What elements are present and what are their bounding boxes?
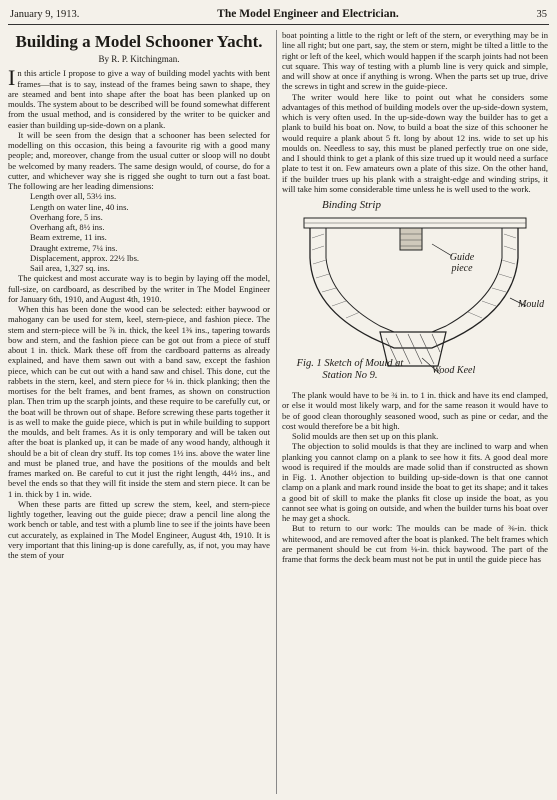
paragraph: The plank would have to be ¾ in. to 1 in… — [282, 390, 548, 431]
dimension-item: Length over all, 53½ ins. — [30, 191, 270, 201]
paragraph: When these parts are fitted up screw the… — [8, 499, 270, 561]
dimensions-list: Length over all, 53½ ins. Length on wate… — [30, 191, 270, 273]
dimension-item: Overhang aft, 8½ ins. — [30, 222, 270, 232]
dimension-item: Length on water line, 40 ins. — [30, 202, 270, 212]
paragraph: The writer would here like to point out … — [282, 92, 548, 195]
label-guide-piece: Guide piece — [444, 252, 480, 274]
paragraph: Solid moulds are then set up on this pla… — [282, 431, 548, 441]
paragraph: The quickest and most accurate way is to… — [8, 273, 270, 304]
dimension-item: Displacement, approx. 22½ lbs. — [30, 253, 270, 263]
dimension-item: Sail area, 1,327 sq. ins. — [30, 263, 270, 273]
paragraph: In this article I propose to give a way … — [8, 68, 270, 130]
page-header: January 9, 1913. The Model Engineer and … — [10, 6, 547, 22]
article-title: Building a Model Schooner Yacht. — [8, 32, 270, 51]
paragraph: But to return to our work: The moulds ca… — [282, 523, 548, 564]
label-wood-keel: Wood Keel — [432, 366, 475, 376]
right-column: boat pointing a little to the right or l… — [282, 30, 548, 564]
header-journal: The Model Engineer and Electrician. — [217, 8, 399, 20]
column-divider — [276, 30, 277, 794]
header-date: January 9, 1913. — [10, 9, 79, 20]
paragraph: boat pointing a little to the right or l… — [282, 30, 548, 92]
paragraph: The objection to solid moulds is that th… — [282, 441, 548, 523]
label-mould: Mould — [518, 300, 544, 310]
figure-caption: Fig. 1 Sketch of Mould at Station No 9. — [290, 358, 410, 382]
dimension-item: Overhang fore, 5 ins. — [30, 212, 270, 222]
label-binding-strip: Binding Strip — [322, 200, 381, 210]
header-rule — [8, 24, 549, 25]
paragraph: When this has been done the wood can be … — [8, 304, 270, 499]
figure-mould-sketch: Binding Strip Guide piece Mould Wood Kee… — [282, 198, 548, 384]
dimension-item: Beam extreme, 11 ins. — [30, 232, 270, 242]
byline: By R. P. Kitchingman. — [8, 54, 270, 64]
page-number: 35 — [536, 9, 547, 20]
dimension-item: Draught extreme, 7¼ ins. — [30, 243, 270, 253]
left-column: Building a Model Schooner Yacht. By R. P… — [8, 30, 270, 560]
paragraph: It will be seen from the design that a s… — [8, 130, 270, 192]
mould-diagram — [282, 198, 548, 384]
